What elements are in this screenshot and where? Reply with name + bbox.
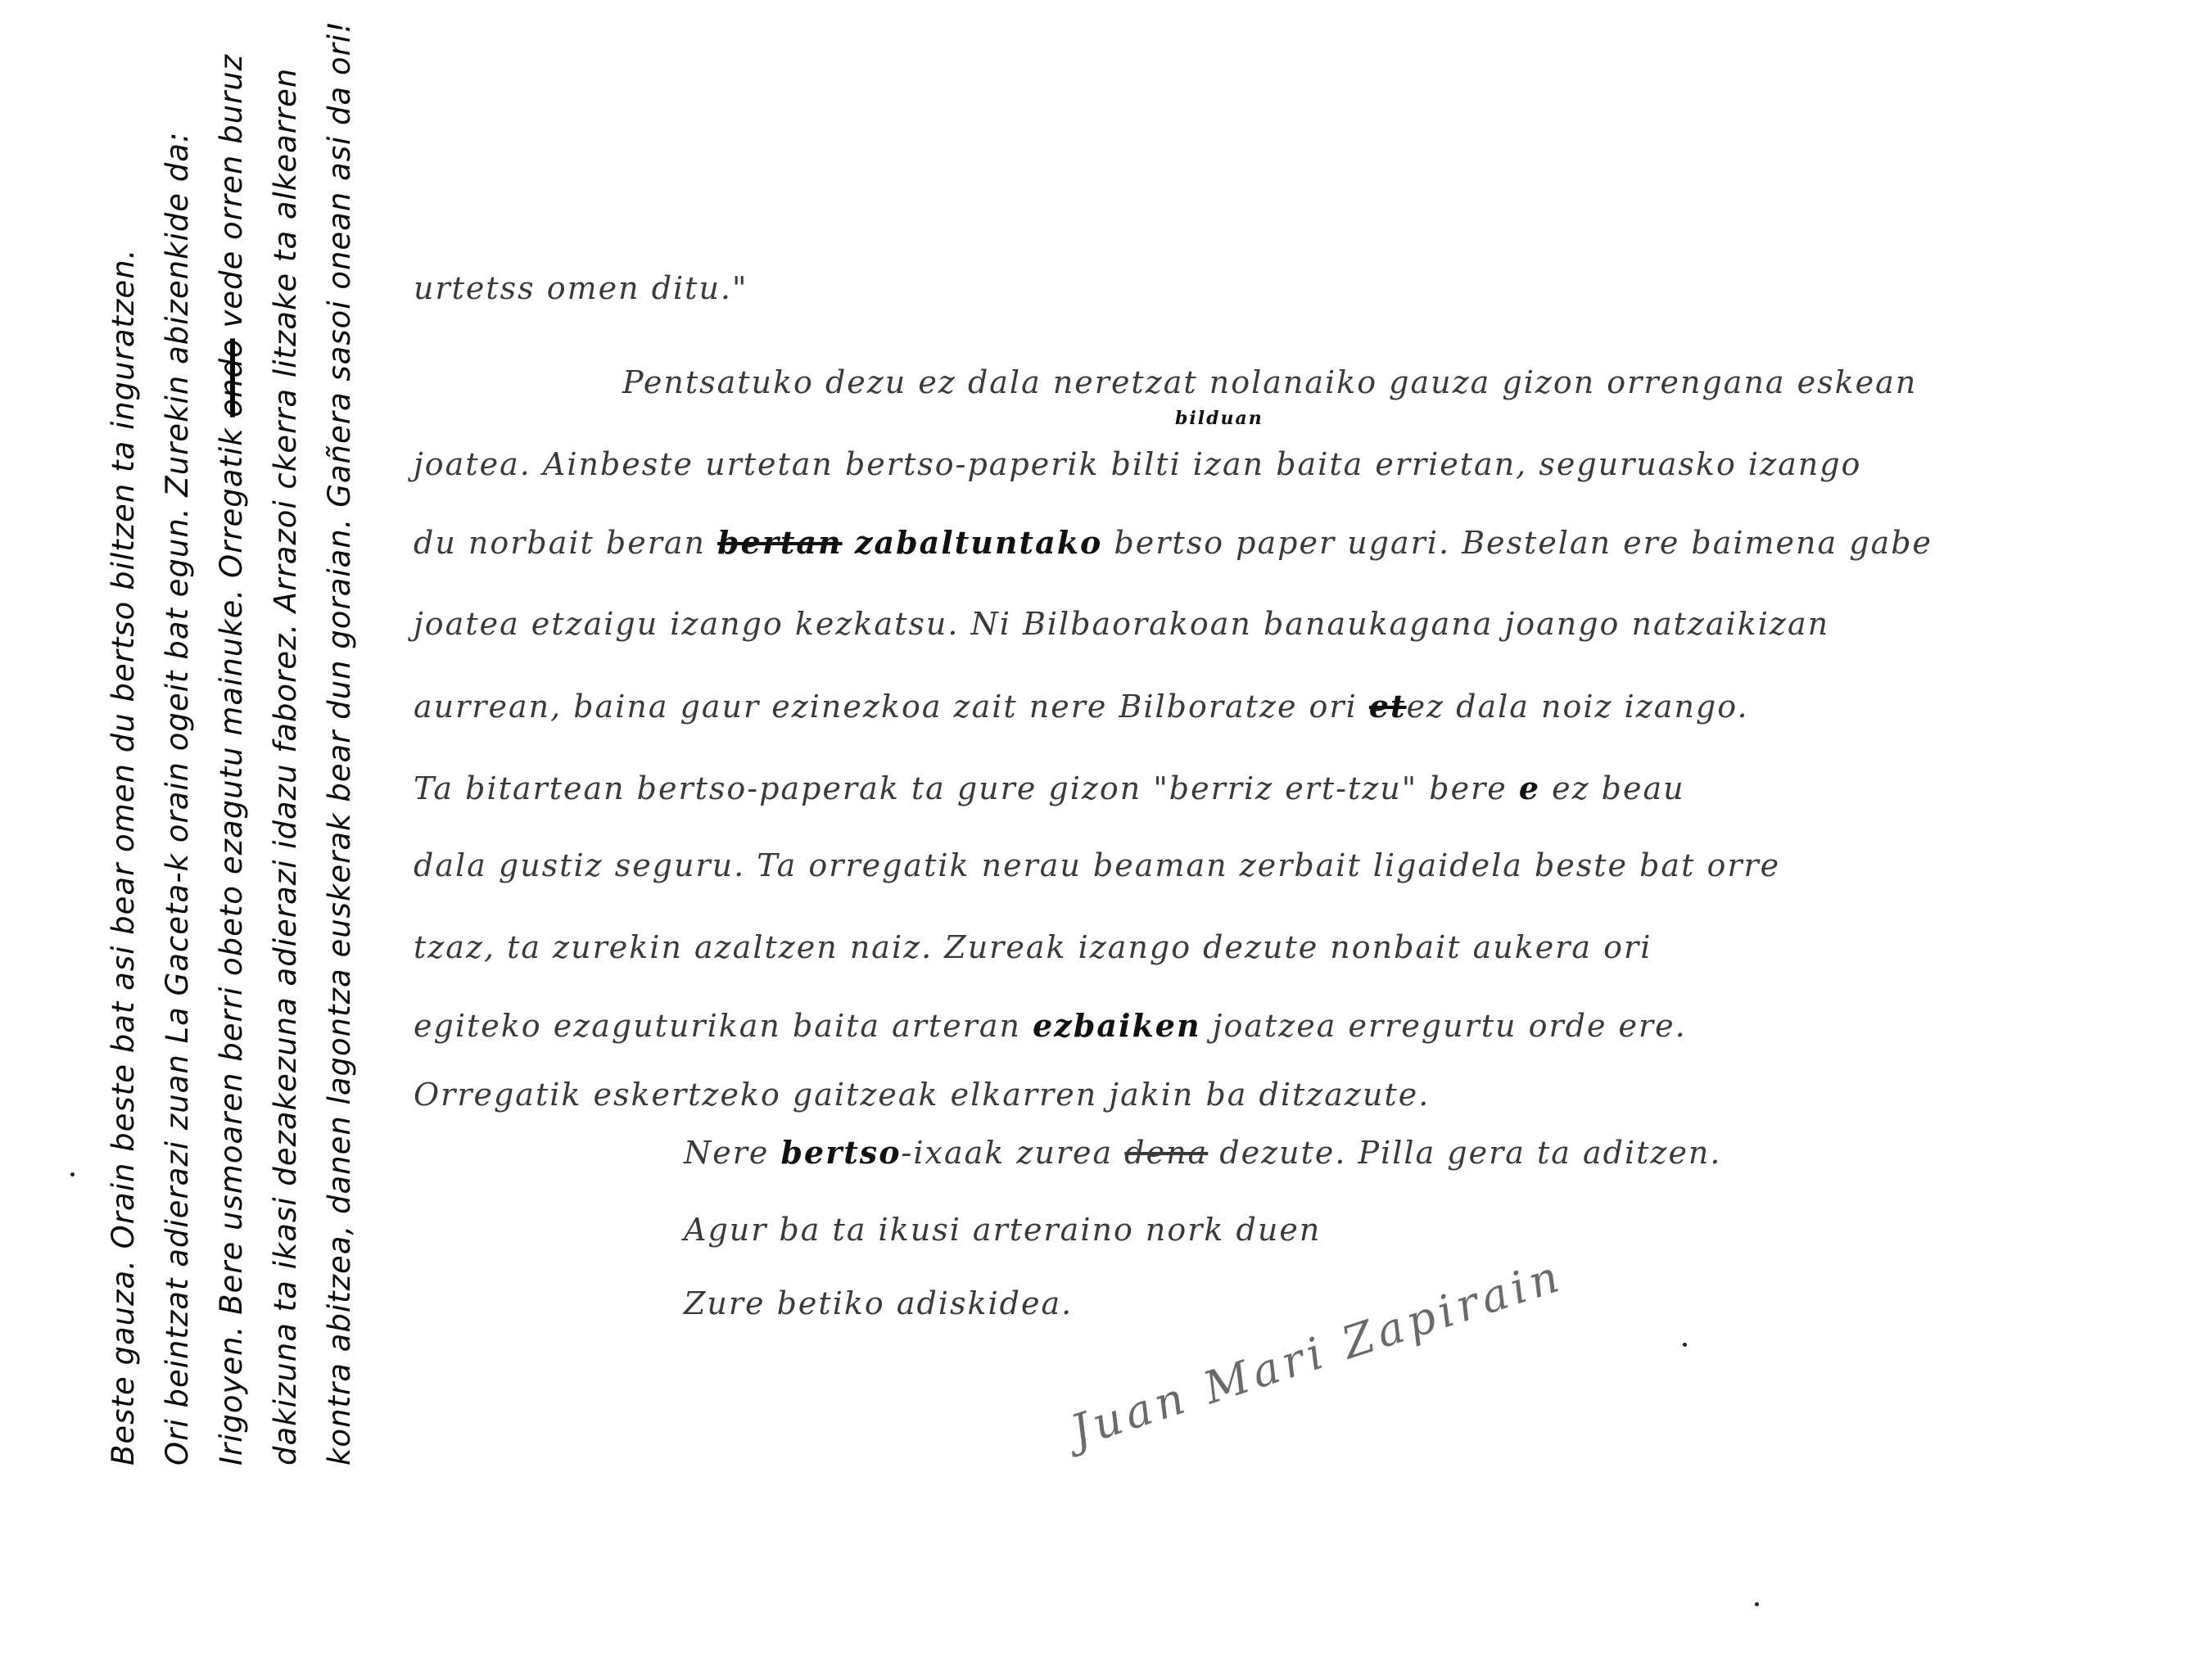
body-line-10: egiteko ezaguturikan baita arteran ezbai…: [414, 1007, 1687, 1044]
closing-text: Nere: [684, 1135, 780, 1171]
margin-line-text: vede orren buruz: [214, 54, 249, 339]
struck-word: et: [1369, 688, 1407, 725]
body-line-8: dala gustiz seguru. Ta orregatik nerau b…: [414, 847, 1780, 883]
closing-line-3: Zure betiko adiskidea.: [684, 1285, 1073, 1321]
body-line-6: aurrean, baina gaur ezinezkoa zait nere …: [414, 688, 1749, 725]
margin-line-text: dakizuna ta ikasi dezakezuna adierazi id…: [268, 68, 303, 1465]
signature-text: Juan Mari Zapirain: [1065, 1249, 1570, 1457]
body-line-text: ez dala noiz izango.: [1407, 689, 1749, 725]
margin-line-text: Ori beintzat adierazi zuan La Gaceta-k o…: [160, 132, 195, 1465]
closing-text: Zure betiko adiskidea.: [684, 1285, 1073, 1321]
margin-line-5: kontra abitzea, danen lagontza euskerak …: [313, 57, 367, 1465]
body-line-text: dala gustiz seguru. Ta orregatik nerau b…: [414, 847, 1780, 883]
closing-text: Agur ba ta ikusi arteraino nork duen: [684, 1212, 1321, 1248]
struck-word: bertan: [717, 524, 843, 561]
body-line-text: egiteko ezaguturikan baita arteran: [414, 1008, 1033, 1044]
closing-text: -ixaak zurea: [902, 1135, 1125, 1171]
struck-word: dena: [1124, 1135, 1208, 1171]
caret-insertion: bilduan: [1175, 408, 1264, 429]
body-line-1: urtetss omen ditu.": [414, 270, 748, 306]
margin-line-text: Beste gauza. Orain beste bat asi bear om…: [106, 249, 141, 1465]
emphasized-word: zabaltuntako: [843, 524, 1103, 561]
margin-line-2: Ori beintzat adierazi zuan La Gaceta-k o…: [151, 57, 205, 1465]
closing-text: dezute. Pilla gera ta aditzen.: [1208, 1135, 1721, 1171]
scan-speck: [1755, 1602, 1759, 1606]
emphasized-letter: e: [1519, 770, 1540, 806]
body-line-text: Orregatik eskertzeko gaitzeak elkarren j…: [414, 1077, 1430, 1113]
scan-speck: [1683, 1343, 1687, 1347]
scan-speck: [70, 1172, 75, 1176]
body-line-3: joatea. Ainbeste urtetan bertso-paperik …: [414, 446, 1861, 482]
body-line-text: joatea etzaigu izango kezkatsu. Ni Bilba…: [414, 606, 1829, 642]
scanned-letter-page: Beste gauza. Orain beste bat asi bear om…: [0, 0, 2197, 1680]
body-line-text: joatzea erregurtu orde ere.: [1201, 1008, 1687, 1044]
margin-line-text: Irigoyen. Bere usmoaren berri obeto ezag…: [214, 418, 249, 1465]
closing-line-1: Nere bertso-ixaak zurea dena dezute. Pil…: [684, 1134, 1721, 1171]
body-line-7: Ta bitartean bertso-paperak ta gure gizo…: [414, 770, 1685, 806]
emphasized-word: ezbaiken: [1033, 1007, 1201, 1044]
margin-line-3: Irigoyen. Bere usmoaren berri obeto ezag…: [205, 57, 259, 1465]
struck-word: ondo: [214, 338, 249, 417]
body-line-5: joatea etzaigu izango kezkatsu. Ni Bilba…: [414, 606, 1829, 642]
margin-line-text: kontra abitzea, danen lagontza euskerak …: [322, 20, 357, 1465]
body-line-text: Pentsatuko dezu ez dala neretzat nolanai…: [622, 364, 1917, 400]
body-line-text: urtetss omen ditu.": [414, 270, 748, 306]
body-line-text: Ta bitartean bertso-paperak ta gure gizo…: [414, 770, 1519, 806]
body-line-text: du norbait beran: [414, 525, 717, 561]
body-line-11: Orregatik eskertzeko gaitzeak elkarren j…: [414, 1077, 1430, 1113]
body-line-text: ez beau: [1540, 770, 1685, 806]
body-line-text: aurrean, baina gaur ezinezkoa zait nere …: [414, 689, 1369, 725]
body-line-4: du norbait beran bertan zabaltuntako ber…: [414, 524, 1933, 561]
margin-note: Beste gauza. Orain beste bat asi bear om…: [97, 57, 367, 1465]
margin-line-4: dakizuna ta ikasi dezakezuna adierazi id…: [259, 57, 313, 1465]
margin-line-1: Beste gauza. Orain beste bat asi bear om…: [97, 57, 151, 1465]
body-line-text: tzaz, ta zurekin azaltzen naiz. Zureak i…: [414, 929, 1652, 965]
body-line-2: Pentsatuko dezu ez dala neretzat nolanai…: [622, 364, 1917, 400]
body-line-9: tzaz, ta zurekin azaltzen naiz. Zureak i…: [414, 929, 1652, 965]
signature: Juan Mari Zapirain: [1065, 1249, 1570, 1457]
body-line-text: joatea. Ainbeste urtetan bertso-paperik …: [414, 446, 1861, 482]
body-line-text: bertso paper ugari. Bestelan ere baimena…: [1102, 525, 1933, 561]
closing-line-2: Agur ba ta ikusi arteraino nork duen: [684, 1212, 1321, 1248]
emphasized-word: bertso: [780, 1134, 901, 1171]
